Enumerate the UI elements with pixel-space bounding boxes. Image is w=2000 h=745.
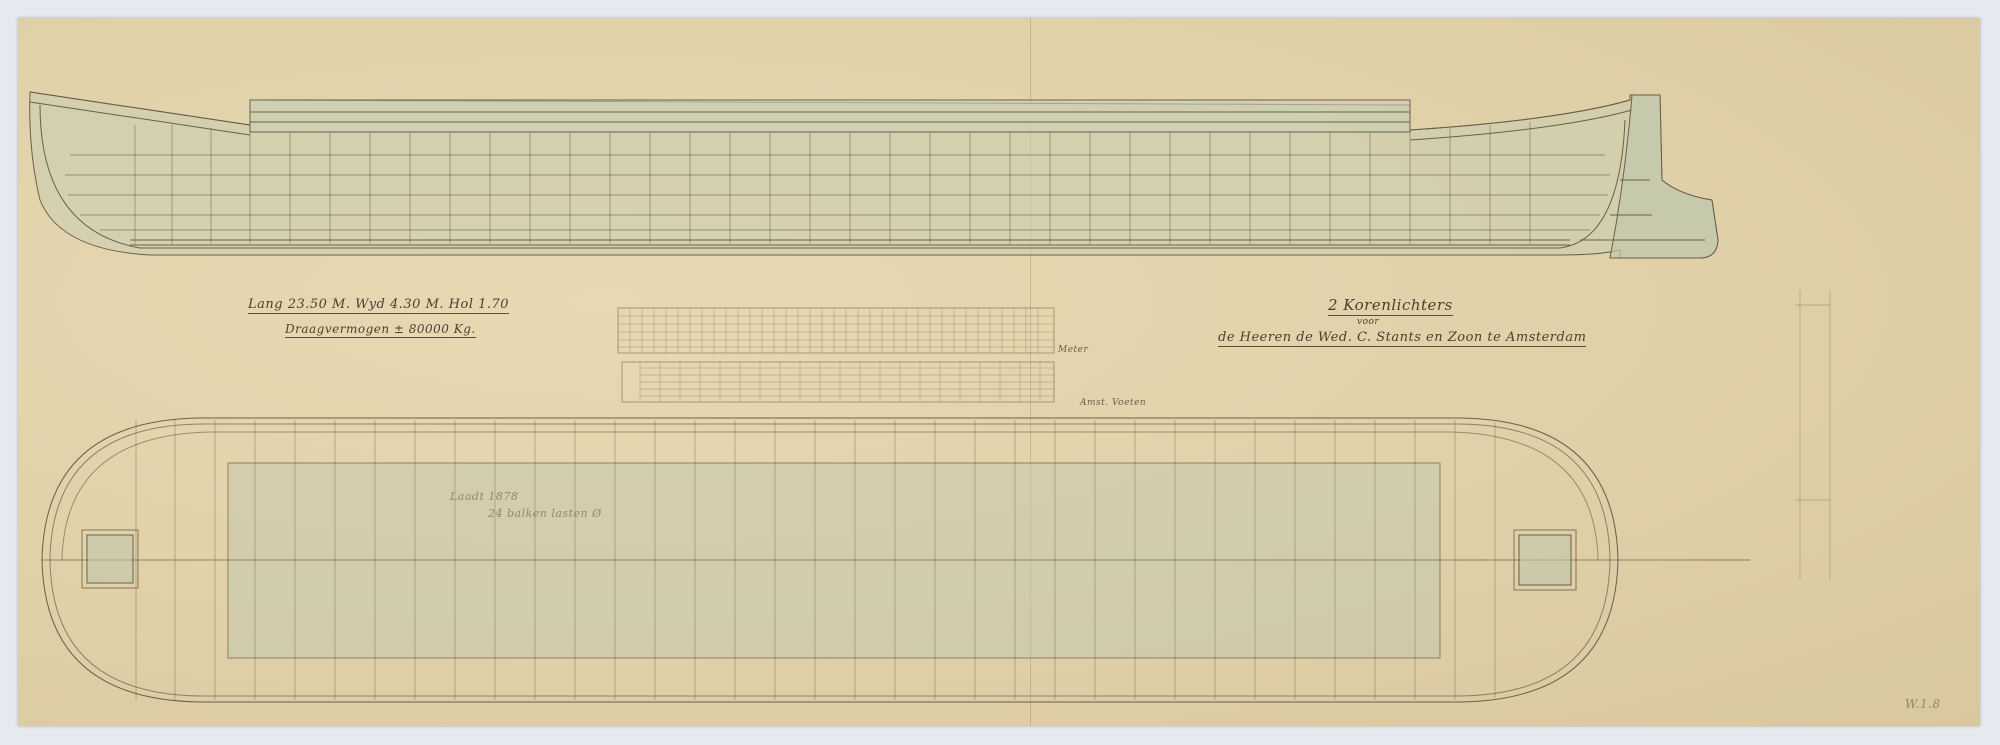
ship-drawing — [0, 0, 2000, 745]
side-elevation — [30, 92, 1718, 258]
scale-ticks-top — [630, 308, 1038, 353]
graphic-scales — [618, 308, 1054, 402]
catalog-mark: W.1.8 — [1905, 697, 1941, 711]
plan-view — [42, 418, 1750, 702]
section-sketch — [1795, 290, 1830, 580]
pencil-note-1: Laadt 1878 — [450, 490, 518, 503]
scale-label-meter: Meter — [1058, 345, 1088, 355]
capacity-label: Draagvermogen ± 80000 Kg. — [285, 322, 476, 338]
dimensions-label: Lang 23.50 M. Wyd 4.30 M. Hol 1.70 — [248, 297, 509, 314]
client-label: de Heeren de Wed. C. Stants en Zoon te A… — [1218, 330, 1586, 347]
pencil-note-2: 24 balken lasten Ø — [488, 507, 602, 520]
drawing-title: 2 Korenlichters — [1328, 296, 1453, 316]
scale-label-feet: Amst. Voeten — [1080, 398, 1146, 408]
scale-ticks-bottom — [640, 362, 1040, 402]
drawing-title-sub: voor — [1357, 317, 1379, 327]
